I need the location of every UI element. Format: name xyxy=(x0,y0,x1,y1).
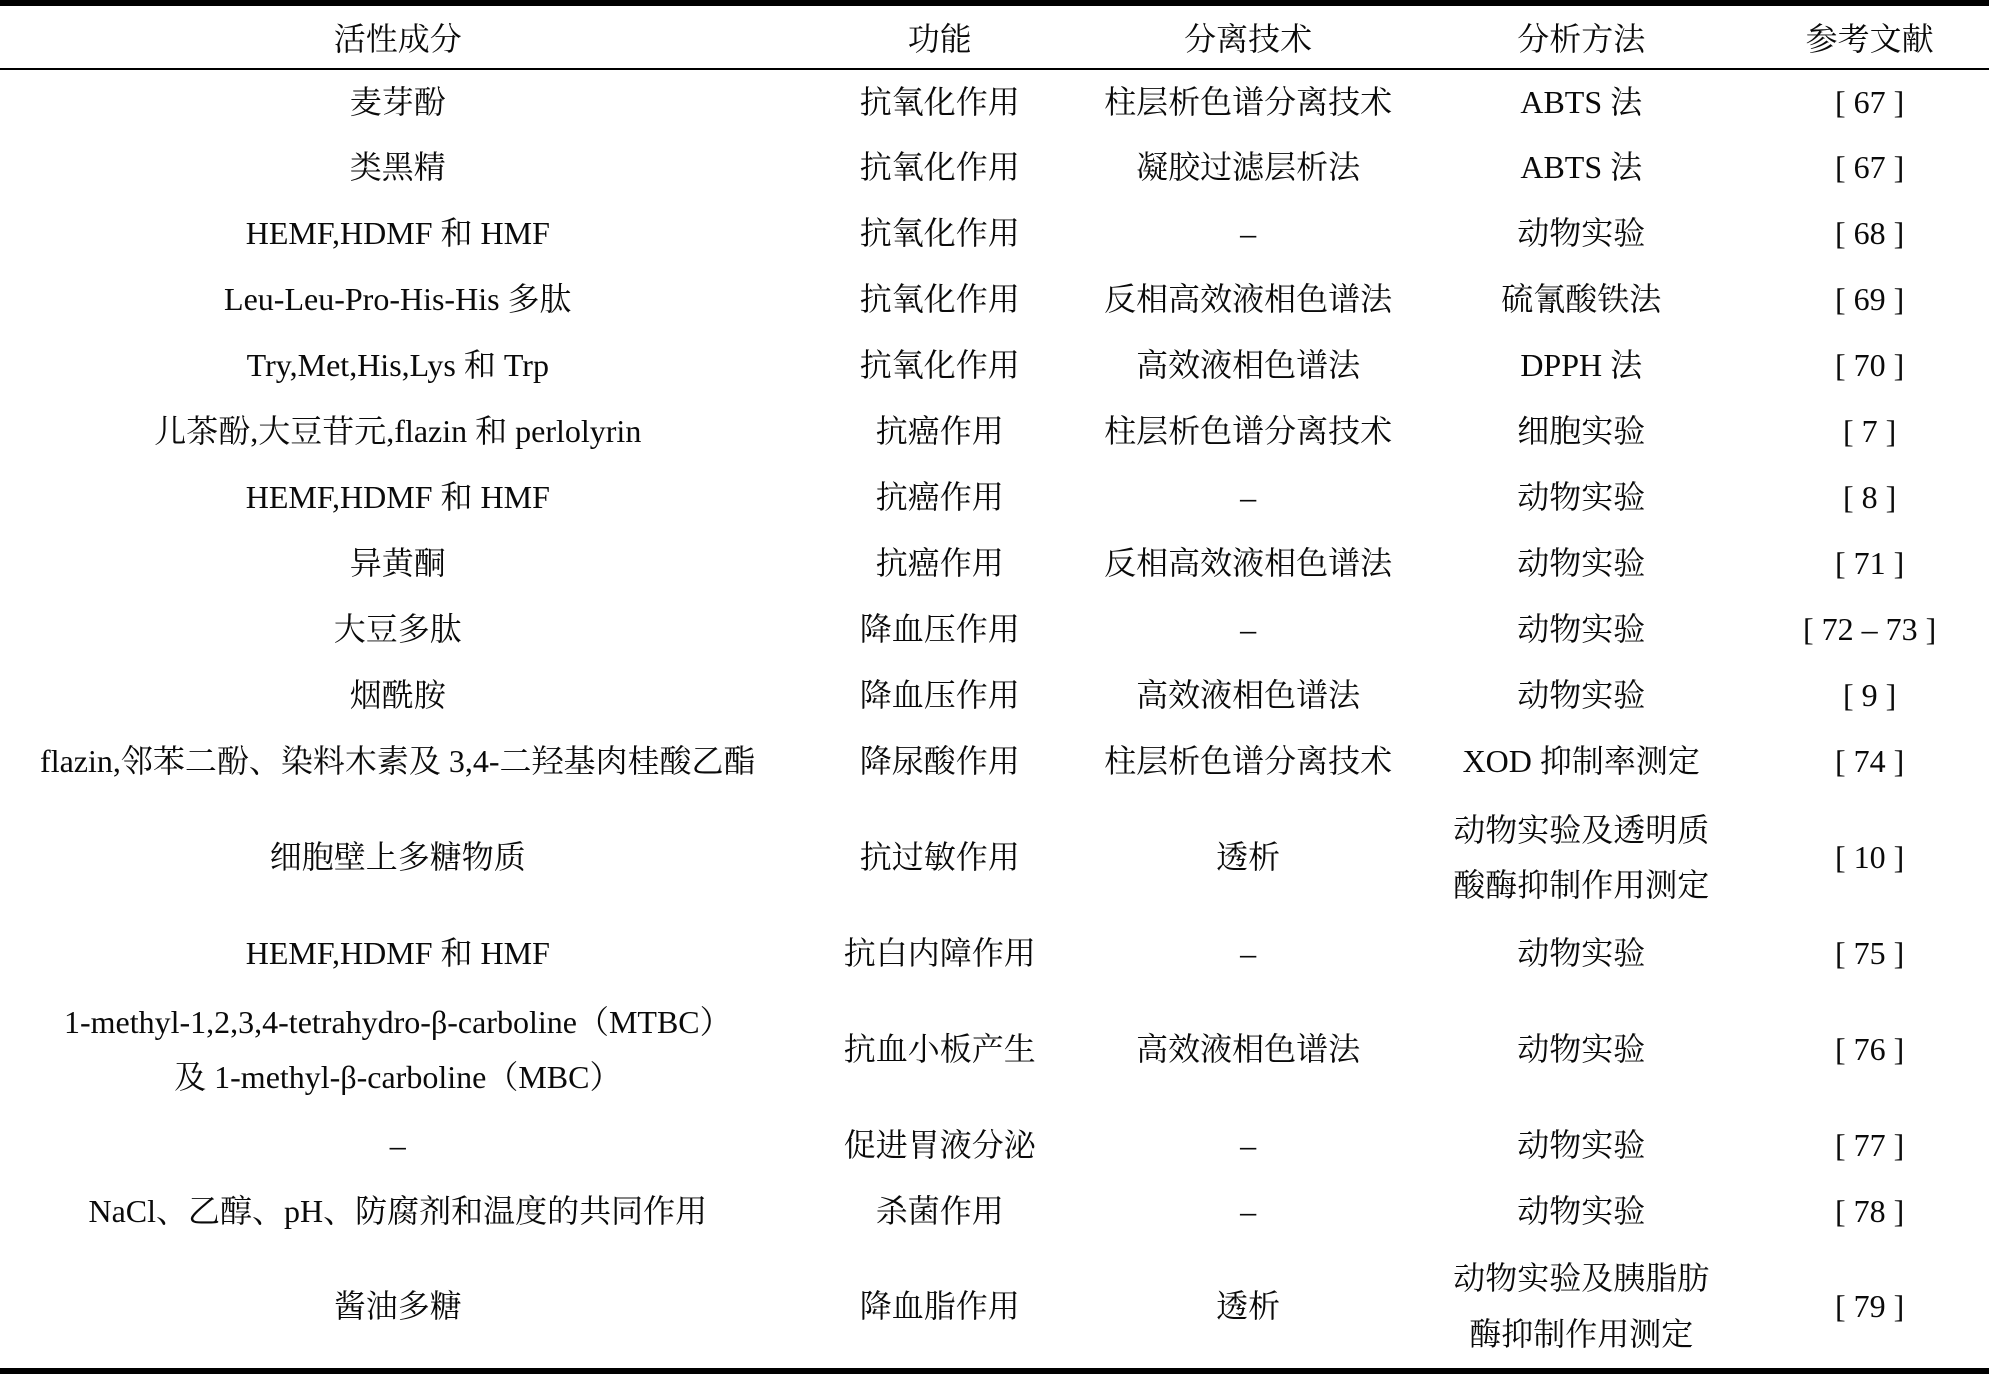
cell-reference: [ 7 ] xyxy=(1750,399,1989,465)
cell-component: 儿茶酚,大豆苷元,flazin 和 perlolyrin xyxy=(0,399,796,465)
cell-function: 促进胃液分泌 xyxy=(796,1113,1084,1179)
cell-component: 细胞壁上多糖物质 xyxy=(0,795,796,921)
cell-function: 抗氧化作用 xyxy=(796,267,1084,333)
table-row: 细胞壁上多糖物质 抗过敏作用 透析 动物实验及透明质 酸酶抑制作用测定 [ 10… xyxy=(0,795,1989,921)
cell-separation: 凝胶过滤层析法 xyxy=(1084,135,1412,201)
cell-function: 降血压作用 xyxy=(796,597,1084,663)
cell-function: 抗癌作用 xyxy=(796,399,1084,465)
table-row: 烟酰胺 降血压作用 高效液相色谱法 动物实验 [ 9 ] xyxy=(0,663,1989,729)
cell-component: NaCl、乙醇、pH、防腐剂和温度的共同作用 xyxy=(0,1179,796,1245)
cell-analysis: XOD 抑制率测定 xyxy=(1412,729,1750,795)
table-row: 大豆多肽 降血压作用 – 动物实验 [ 72 – 73 ] xyxy=(0,597,1989,663)
table-row: 麦芽酚 抗氧化作用 柱层析色谱分离技术 ABTS 法 [ 67 ] xyxy=(0,69,1989,135)
table-header: 活性成分 功能 分离技术 分析方法 参考文献 xyxy=(0,3,1989,69)
cell-reference: [ 71 ] xyxy=(1750,531,1989,597)
table-row: HEMF,HDMF 和 HMF 抗氧化作用 – 动物实验 [ 68 ] xyxy=(0,201,1989,267)
cell-function: 抗癌作用 xyxy=(796,465,1084,531)
table-row: – 促进胃液分泌 – 动物实验 [ 77 ] xyxy=(0,1113,1989,1179)
table-row: HEMF,HDMF 和 HMF 抗白内障作用 – 动物实验 [ 75 ] xyxy=(0,921,1989,987)
cell-separation: – xyxy=(1084,597,1412,663)
cell-function: 抗过敏作用 xyxy=(796,795,1084,921)
cell-component: HEMF,HDMF 和 HMF xyxy=(0,201,796,267)
cell-analysis: 动物实验 xyxy=(1412,465,1750,531)
column-header-reference: 参考文献 xyxy=(1750,3,1989,69)
table-header-row: 活性成分 功能 分离技术 分析方法 参考文献 xyxy=(0,3,1989,69)
cell-analysis: 动物实验 xyxy=(1412,1179,1750,1245)
column-header-component: 活性成分 xyxy=(0,3,796,69)
table-row: Leu-Leu-Pro-His-His 多肽 抗氧化作用 反相高效液相色谱法 硫… xyxy=(0,267,1989,333)
cell-reference: [ 68 ] xyxy=(1750,201,1989,267)
cell-component: 类黑精 xyxy=(0,135,796,201)
cell-reference: [ 74 ] xyxy=(1750,729,1989,795)
cell-separation: – xyxy=(1084,1113,1412,1179)
cell-reference: [ 69 ] xyxy=(1750,267,1989,333)
cell-analysis: ABTS 法 xyxy=(1412,69,1750,135)
paper-table-page: 活性成分 功能 分离技术 分析方法 参考文献 麦芽酚 抗氧化作用 柱层析色谱分离… xyxy=(0,0,1989,1363)
cell-analysis: 动物实验 xyxy=(1412,1113,1750,1179)
cell-separation: 高效液相色谱法 xyxy=(1084,987,1412,1113)
table-row: 异黄酮 抗癌作用 反相高效液相色谱法 动物实验 [ 71 ] xyxy=(0,531,1989,597)
cell-function: 降血压作用 xyxy=(796,663,1084,729)
cell-function: 抗氧化作用 xyxy=(796,69,1084,135)
table-row: flazin,邻苯二酚、染料木素及 3,4-二羟基肉桂酸乙酯 降尿酸作用 柱层析… xyxy=(0,729,1989,795)
cell-separation: 透析 xyxy=(1084,795,1412,921)
cell-reference: [ 75 ] xyxy=(1750,921,1989,987)
cell-function: 抗氧化作用 xyxy=(796,201,1084,267)
cell-component: 烟酰胺 xyxy=(0,663,796,729)
cell-reference: [ 10 ] xyxy=(1750,795,1989,921)
cell-analysis: 动物实验及胰脂肪 酶抑制作用测定 xyxy=(1412,1245,1750,1371)
cell-component: 大豆多肽 xyxy=(0,597,796,663)
cell-component: Leu-Leu-Pro-His-His 多肽 xyxy=(0,267,796,333)
cell-separation: – xyxy=(1084,465,1412,531)
cell-reference: [ 8 ] xyxy=(1750,465,1989,531)
cell-reference: [ 9 ] xyxy=(1750,663,1989,729)
cell-separation: 高效液相色谱法 xyxy=(1084,663,1412,729)
cell-reference: [ 67 ] xyxy=(1750,135,1989,201)
cell-analysis: 动物实验 xyxy=(1412,201,1750,267)
cell-separation: 柱层析色谱分离技术 xyxy=(1084,729,1412,795)
cell-component: – xyxy=(0,1113,796,1179)
cell-component: HEMF,HDMF 和 HMF xyxy=(0,465,796,531)
table-body: 麦芽酚 抗氧化作用 柱层析色谱分离技术 ABTS 法 [ 67 ] 类黑精 抗氧… xyxy=(0,69,1989,1371)
cell-separation: – xyxy=(1084,1179,1412,1245)
table-row: Try,Met,His,Lys 和 Trp 抗氧化作用 高效液相色谱法 DPPH… xyxy=(0,333,1989,399)
cell-reference: [ 67 ] xyxy=(1750,69,1989,135)
cell-separation: – xyxy=(1084,921,1412,987)
cell-analysis: 动物实验 xyxy=(1412,987,1750,1113)
cell-analysis: 动物实验 xyxy=(1412,921,1750,987)
table-row: 酱油多糖 降血脂作用 透析 动物实验及胰脂肪 酶抑制作用测定 [ 79 ] xyxy=(0,1245,1989,1371)
cell-analysis: 动物实验及透明质 酸酶抑制作用测定 xyxy=(1412,795,1750,921)
cell-analysis: 硫氰酸铁法 xyxy=(1412,267,1750,333)
cell-component: 酱油多糖 xyxy=(0,1245,796,1371)
cell-function: 抗氧化作用 xyxy=(796,333,1084,399)
cell-function: 抗白内障作用 xyxy=(796,921,1084,987)
cell-separation: 反相高效液相色谱法 xyxy=(1084,531,1412,597)
cell-component: 1-methyl-1,2,3,4-tetrahydro-β-carboline（… xyxy=(0,987,796,1113)
cell-component: Try,Met,His,Lys 和 Trp xyxy=(0,333,796,399)
table-row: NaCl、乙醇、pH、防腐剂和温度的共同作用 杀菌作用 – 动物实验 [ 78 … xyxy=(0,1179,1989,1245)
cell-analysis: ABTS 法 xyxy=(1412,135,1750,201)
cell-reference: [ 76 ] xyxy=(1750,987,1989,1113)
cell-analysis: 细胞实验 xyxy=(1412,399,1750,465)
cell-analysis: 动物实验 xyxy=(1412,663,1750,729)
cell-component: 异黄酮 xyxy=(0,531,796,597)
cell-function: 降血脂作用 xyxy=(796,1245,1084,1371)
cell-reference: [ 78 ] xyxy=(1750,1179,1989,1245)
cell-separation: 柱层析色谱分离技术 xyxy=(1084,399,1412,465)
cell-function: 抗血小板产生 xyxy=(796,987,1084,1113)
column-header-analysis: 分析方法 xyxy=(1412,3,1750,69)
cell-separation: 反相高效液相色谱法 xyxy=(1084,267,1412,333)
column-header-separation: 分离技术 xyxy=(1084,3,1412,69)
cell-component: 麦芽酚 xyxy=(0,69,796,135)
cell-function: 抗氧化作用 xyxy=(796,135,1084,201)
cell-reference: [ 79 ] xyxy=(1750,1245,1989,1371)
cell-component: HEMF,HDMF 和 HMF xyxy=(0,921,796,987)
cell-reference: [ 72 – 73 ] xyxy=(1750,597,1989,663)
cell-analysis: 动物实验 xyxy=(1412,597,1750,663)
column-header-function: 功能 xyxy=(796,3,1084,69)
cell-function: 降尿酸作用 xyxy=(796,729,1084,795)
table-row: 儿茶酚,大豆苷元,flazin 和 perlolyrin 抗癌作用 柱层析色谱分… xyxy=(0,399,1989,465)
cell-component: flazin,邻苯二酚、染料木素及 3,4-二羟基肉桂酸乙酯 xyxy=(0,729,796,795)
cell-separation: 高效液相色谱法 xyxy=(1084,333,1412,399)
table-row: HEMF,HDMF 和 HMF 抗癌作用 – 动物实验 [ 8 ] xyxy=(0,465,1989,531)
table-row: 类黑精 抗氧化作用 凝胶过滤层析法 ABTS 法 [ 67 ] xyxy=(0,135,1989,201)
cell-reference: [ 70 ] xyxy=(1750,333,1989,399)
cell-reference: [ 77 ] xyxy=(1750,1113,1989,1179)
table-row: 1-methyl-1,2,3,4-tetrahydro-β-carboline（… xyxy=(0,987,1989,1113)
cell-function: 抗癌作用 xyxy=(796,531,1084,597)
cell-separation: 透析 xyxy=(1084,1245,1412,1371)
cell-separation: 柱层析色谱分离技术 xyxy=(1084,69,1412,135)
cell-analysis: 动物实验 xyxy=(1412,531,1750,597)
cell-function: 杀菌作用 xyxy=(796,1179,1084,1245)
bioactive-components-table: 活性成分 功能 分离技术 分析方法 参考文献 麦芽酚 抗氧化作用 柱层析色谱分离… xyxy=(0,0,1989,1374)
cell-analysis: DPPH 法 xyxy=(1412,333,1750,399)
cell-separation: – xyxy=(1084,201,1412,267)
